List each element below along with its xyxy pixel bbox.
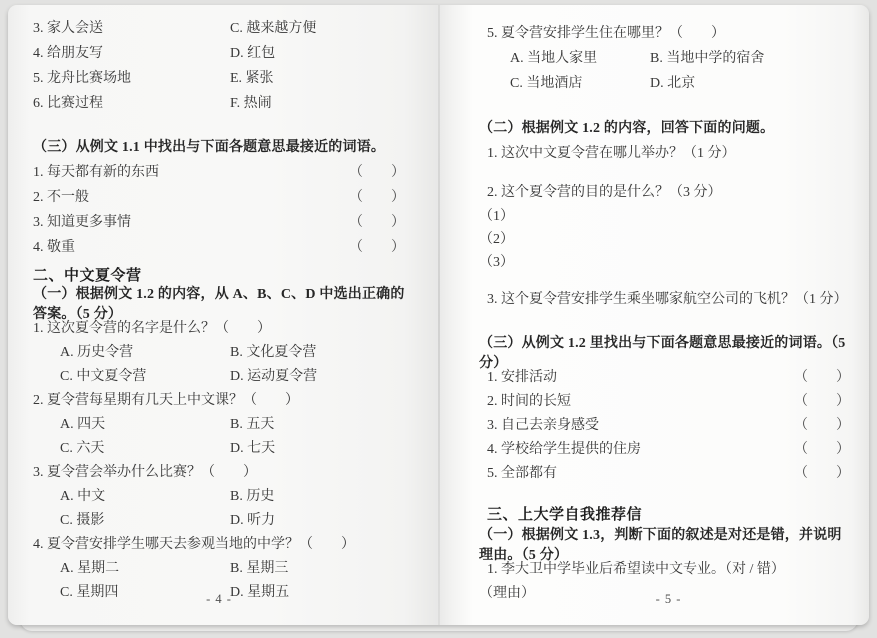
page-number: - 5 -	[487, 592, 850, 607]
question: 2. 夏令营每星期有几天上中文课？（ ）	[33, 387, 405, 411]
option: A. 四天	[60, 413, 230, 433]
question: 1. 这次中文夏令营在哪儿举办？（1 分）	[487, 139, 850, 164]
answer-bracket: （ ）	[794, 462, 850, 482]
option: B. 文化夏令营	[230, 341, 405, 361]
matching-option: E. 紧张	[230, 67, 405, 87]
vocab-row: 3. 自己去亲身感受 （ ）	[487, 412, 850, 436]
matching-item: 3. 家人会送	[33, 17, 230, 37]
matching-item: 4. 给朋友写	[33, 42, 230, 62]
vocab-item: 1. 每天都有新的东西	[33, 161, 159, 181]
open-book: 3. 家人会送 C. 越来越方便 4. 给朋友写 D. 红包 5. 龙舟比赛场地…	[8, 5, 869, 625]
answer-bracket: （ ）	[349, 186, 405, 206]
section-header: （三）从例文 1.1 中找出与下面各题意思最接近的词语。	[33, 133, 405, 158]
question: 4. 夏令营安排学生哪天去参观当地的中学？（ ）	[33, 531, 405, 555]
vocab-item: 3. 知道更多事情	[33, 211, 131, 231]
option: B. 历史	[230, 485, 405, 505]
answer-bracket: （ ）	[794, 414, 850, 434]
answer-bracket: （ ）	[349, 236, 405, 256]
answer-bracket: （ ）	[794, 390, 850, 410]
scanned-book-spread: 3. 家人会送 C. 越来越方便 4. 给朋友写 D. 红包 5. 龙舟比赛场地…	[0, 0, 877, 638]
matching-item: 5. 龙舟比赛场地	[33, 67, 230, 87]
vocab-item: 4. 学校给学生提供的住房	[487, 438, 641, 458]
vocab-item: 5. 全部都有	[487, 462, 557, 482]
vocab-row: 2. 时间的长短 （ ）	[487, 388, 850, 412]
vocab-row: 1. 每天都有新的东西 （ ）	[33, 158, 405, 183]
option: B. 五天	[230, 413, 405, 433]
matching-option: F. 热闹	[230, 92, 405, 112]
section-header: （二）根据例文 1.2 的内容，回答下面的问题。	[479, 114, 850, 139]
option-row: A. 中文 B. 历史	[33, 483, 405, 507]
option: A. 当地人家里	[510, 47, 650, 67]
matching-row: 4. 给朋友写 D. 红包	[33, 39, 405, 64]
option: B. 当地中学的宿舍	[650, 47, 850, 67]
section-header: （一）根据例文 1.3，判断下面的叙述是对还是错，并说明理由。（5 分）	[479, 532, 850, 556]
option-row: A. 星期二 B. 星期三	[33, 555, 405, 579]
option: C. 六天	[60, 437, 230, 457]
sub-answer-line: （3）	[479, 249, 850, 272]
question: 2. 这个夏令营的目的是什么？（3 分）	[487, 178, 850, 203]
question: 5. 夏令营安排学生住在哪里？（ ）	[487, 19, 850, 44]
matching-row: 5. 龙舟比赛场地 E. 紧张	[33, 64, 405, 89]
option: D. 七天	[230, 437, 405, 457]
option-row: A. 四天 B. 五天	[33, 411, 405, 435]
option: D. 北京	[650, 72, 850, 92]
vocab-row: 4. 学校给学生提供的住房 （ ）	[487, 436, 850, 460]
option: C. 摄影	[60, 509, 230, 529]
option: C. 当地酒店	[510, 72, 650, 92]
book-spine	[438, 5, 440, 625]
question: 3. 这个夏令营安排学生乘坐哪家航空公司的飞机？（1 分）	[487, 285, 850, 310]
matching-row: 3. 家人会送 C. 越来越方便	[33, 14, 405, 39]
part-title: 三、上大学自我推荐信	[487, 500, 850, 526]
option: D. 运动夏令营	[230, 365, 405, 385]
answer-bracket: （ ）	[349, 161, 405, 181]
vocab-row: 3. 知道更多事情 （ ）	[33, 208, 405, 233]
matching-option: C. 越来越方便	[230, 17, 405, 37]
option: C. 中文夏令营	[60, 365, 230, 385]
option-row: A. 历史令营 B. 文化夏令营	[33, 339, 405, 363]
vocab-row: 2. 不一般 （ ）	[33, 183, 405, 208]
left-page: 3. 家人会送 C. 越来越方便 4. 给朋友写 D. 红包 5. 龙舟比赛场地…	[33, 14, 405, 616]
option: A. 中文	[60, 485, 230, 505]
page-number: - 4 -	[33, 592, 405, 607]
vocab-item: 2. 时间的长短	[487, 390, 571, 410]
option: A. 历史令营	[60, 341, 230, 361]
right-page: 5. 夏令营安排学生住在哪里？（ ） A. 当地人家里 B. 当地中学的宿舍 C…	[487, 19, 850, 616]
vocab-item: 3. 自己去亲身感受	[487, 414, 599, 434]
option-row: A. 当地人家里 B. 当地中学的宿舍	[487, 44, 850, 69]
option-row: C. 摄影 D. 听力	[33, 507, 405, 531]
option: A. 星期二	[60, 557, 230, 577]
option-row: C. 中文夏令营 D. 运动夏令营	[33, 363, 405, 387]
vocab-item: 4. 敬重	[33, 236, 75, 256]
answer-bracket: （ ）	[794, 438, 850, 458]
sub-answer-line: （1）	[479, 203, 850, 226]
option-row: C. 当地酒店 D. 北京	[487, 69, 850, 94]
section-header: （一）根据例文 1.2 的内容，从 A、B、C、D 中选出正确的答案。（5 分）	[33, 290, 405, 315]
vocab-item: 1. 安排活动	[487, 366, 557, 386]
option: B. 星期三	[230, 557, 405, 577]
answer-bracket: （ ）	[794, 366, 850, 386]
section-header: （三）从例文 1.2 里找出与下面各题意思最接近的词语。（5 分）	[479, 339, 850, 364]
option: D. 听力	[230, 509, 405, 529]
sub-answer-line: （2）	[479, 226, 850, 249]
question: 3. 夏令营会举办什么比赛？（ ）	[33, 459, 405, 483]
matching-row: 6. 比赛过程 F. 热闹	[33, 89, 405, 114]
matching-item: 6. 比赛过程	[33, 92, 230, 112]
option-row: C. 六天 D. 七天	[33, 435, 405, 459]
vocab-row: 4. 敬重 （ ）	[33, 233, 405, 258]
matching-option: D. 红包	[230, 42, 405, 62]
vocab-item: 2. 不一般	[33, 186, 89, 206]
vocab-row: 5. 全部都有 （ ）	[487, 460, 850, 484]
answer-bracket: （ ）	[349, 211, 405, 231]
